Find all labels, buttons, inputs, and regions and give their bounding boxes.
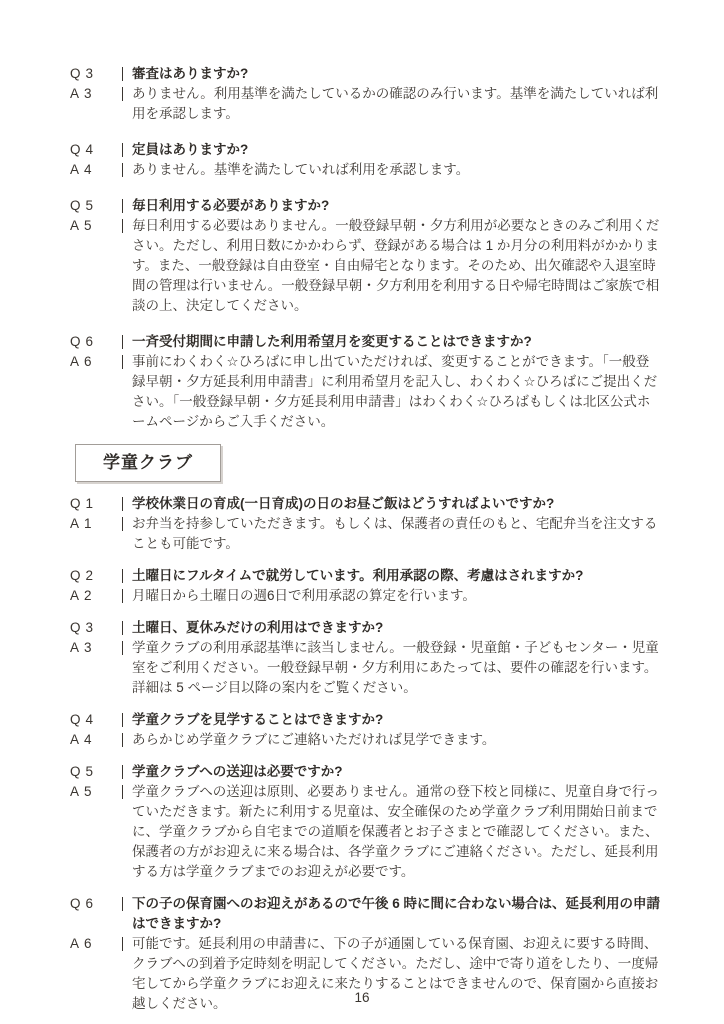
qa-answer-row: A5 毎日利用する必要はありません。一般登録早朝・夕方利用が必要なときのみご利用… [70, 216, 660, 316]
answer-label: A3 [70, 638, 122, 658]
question-label: Q5 [70, 762, 122, 782]
question-text: 毎日利用する必要がありますか? [123, 196, 660, 216]
qa-item: Q4 学童クラブを見学することはできますか? A4 あらかじめ学童クラブにご連絡… [70, 710, 660, 750]
answer-label: A4 [70, 730, 122, 750]
qa-question-row: Q4 学童クラブを見学することはできますか? [70, 710, 660, 730]
qa-answer-row: A4 ありません。基準を満たしていれば利用を承認します。 [70, 160, 660, 180]
answer-label: A3 [70, 84, 122, 104]
question-text: 学童クラブを見学することはできますか? [123, 710, 660, 730]
qa-answer-row: A5 学童クラブへの送迎は原則、必要ありません。通常の登下校と同様に、児童自身で… [70, 782, 660, 882]
qa-question-row: Q6 一斉受付期間に申請した利用希望月を変更することはできますか? [70, 332, 660, 352]
qa-answer-row: A3 ありません。利用基準を満たしているかの確認のみ行います。基準を満たしていれ… [70, 84, 660, 124]
qa-answer-row: A1 お弁当を持参していただきます。もしくは、保護者の責任のもと、宅配弁当を注文… [70, 514, 660, 554]
section-heading-box: 学童クラブ [75, 444, 221, 482]
question-text: 土曜日にフルタイムで就労しています。利用承認の際、考慮はされますか? [123, 566, 660, 586]
question-text: 土曜日、夏休みだけの利用はできますか? [123, 618, 660, 638]
qa-question-row: Q6 下の子の保育園へのお迎えがあるので午後 6 時に間に合わない場合は、延長利… [70, 894, 660, 934]
question-label: Q6 [70, 332, 122, 352]
section-heading: 学童クラブ [103, 453, 193, 472]
page-content: Q3 審査はありますか? A3 ありません。利用基準を満たしているかの確認のみ行… [0, 0, 724, 1014]
question-label: Q6 [70, 894, 122, 914]
qa-answer-row: A4 あらかじめ学童クラブにご連絡いただければ見学できます。 [70, 730, 660, 750]
question-text: 下の子の保育園へのお迎えがあるので午後 6 時に間に合わない場合は、延長利用の申… [123, 894, 660, 934]
qa-question-row: Q3 審査はありますか? [70, 64, 660, 84]
qa-item: Q5 毎日利用する必要がありますか? A5 毎日利用する必要はありません。一般登… [70, 196, 660, 316]
answer-label: A4 [70, 160, 122, 180]
question-label: Q5 [70, 196, 122, 216]
qa-item: Q5 学童クラブへの送迎は必要ですか? A5 学童クラブへの送迎は原則、必要あり… [70, 762, 660, 882]
qa-item: Q1 学校休業日の育成(一日育成)の日のお昼ご飯はどうすればよいですか? A1 … [70, 494, 660, 554]
qa-question-row: Q5 毎日利用する必要がありますか? [70, 196, 660, 216]
question-text: 一斉受付期間に申請した利用希望月を変更することはできますか? [123, 332, 660, 352]
answer-label: A2 [70, 586, 122, 606]
question-text: 学校休業日の育成(一日育成)の日のお昼ご飯はどうすればよいですか? [123, 494, 660, 514]
question-label: Q4 [70, 140, 122, 160]
answer-text: 毎日利用する必要はありません。一般登録早朝・夕方利用が必要なときのみご利用くださ… [123, 216, 660, 316]
question-label: Q3 [70, 618, 122, 638]
qa-item: Q3 土曜日、夏休みだけの利用はできますか? A3 学童クラブの利用承認基準に該… [70, 618, 660, 698]
answer-label: A5 [70, 216, 122, 236]
qa-question-row: Q5 学童クラブへの送迎は必要ですか? [70, 762, 660, 782]
answer-text: ありません。利用基準を満たしているかの確認のみ行います。基準を満たしていれば利用… [123, 84, 660, 124]
qa-question-row: Q4 定員はありますか? [70, 140, 660, 160]
qa-item: Q4 定員はありますか? A4 ありません。基準を満たしていれば利用を承認します… [70, 140, 660, 180]
answer-label: A1 [70, 514, 122, 534]
answer-label: A6 [70, 934, 122, 954]
faq-group-general: Q3 審査はありますか? A3 ありません。利用基準を満たしているかの確認のみ行… [70, 64, 660, 432]
qa-question-row: Q1 学校休業日の育成(一日育成)の日のお昼ご飯はどうすればよいですか? [70, 494, 660, 514]
qa-answer-row: A2 月曜日から土曜日の週6日で利用承認の算定を行います。 [70, 586, 660, 606]
answer-text: 事前にわくわく☆ひろばに申し出ていただければ、変更することができます。「一般登録… [123, 352, 660, 432]
question-label: Q2 [70, 566, 122, 586]
question-label: Q1 [70, 494, 122, 514]
page-number: 16 [0, 988, 724, 1008]
question-label: Q3 [70, 64, 122, 84]
answer-text: 月曜日から土曜日の週6日で利用承認の算定を行います。 [123, 586, 660, 606]
qa-item: Q2 土曜日にフルタイムで就労しています。利用承認の際、考慮はされますか? A2… [70, 566, 660, 606]
qa-question-row: Q2 土曜日にフルタイムで就労しています。利用承認の際、考慮はされますか? [70, 566, 660, 586]
question-text: 審査はありますか? [123, 64, 660, 84]
answer-text: あらかじめ学童クラブにご連絡いただければ見学できます。 [123, 730, 660, 750]
answer-text: 学童クラブへの送迎は原則、必要ありません。通常の登下校と同様に、児童自身で行って… [123, 782, 660, 882]
answer-label: A6 [70, 352, 122, 372]
answer-text: 学童クラブの利用承認基準に該当しません。一般登録・児童館・子どもセンター・児童室… [123, 638, 660, 698]
faq-group-gakudo-club: Q1 学校休業日の育成(一日育成)の日のお昼ご飯はどうすればよいですか? A1 … [70, 494, 660, 1014]
question-label: Q4 [70, 710, 122, 730]
question-text: 定員はありますか? [123, 140, 660, 160]
question-text: 学童クラブへの送迎は必要ですか? [123, 762, 660, 782]
section-heading-wrap: 学童クラブ [75, 444, 660, 482]
qa-answer-row: A3 学童クラブの利用承認基準に該当しません。一般登録・児童館・子どもセンター・… [70, 638, 660, 698]
answer-text: お弁当を持参していただきます。もしくは、保護者の責任のもと、宅配弁当を注文するこ… [123, 514, 660, 554]
document-page: Q3 審査はありますか? A3 ありません。利用基準を満たしているかの確認のみ行… [0, 0, 724, 1024]
qa-item: Q3 審査はありますか? A3 ありません。利用基準を満たしているかの確認のみ行… [70, 64, 660, 124]
qa-item: Q6 一斉受付期間に申請した利用希望月を変更することはできますか? A6 事前に… [70, 332, 660, 432]
qa-question-row: Q3 土曜日、夏休みだけの利用はできますか? [70, 618, 660, 638]
answer-text: ありません。基準を満たしていれば利用を承認します。 [123, 160, 660, 180]
qa-answer-row: A6 事前にわくわく☆ひろばに申し出ていただければ、変更することができます。「一… [70, 352, 660, 432]
answer-label: A5 [70, 782, 122, 802]
